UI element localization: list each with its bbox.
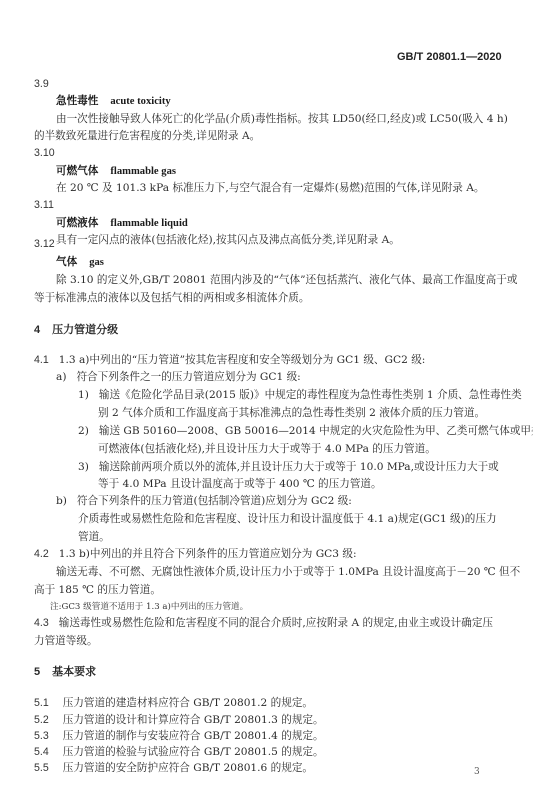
definition-text: 具有一定闪点的液体(包括液化烃),按其闪点及沸点高低分类,详见附录 A。 <box>56 233 400 247</box>
clause-5-4: 5.4压力管道的检验与试验应符合 GB/T 20801.5 的规定。 <box>34 745 324 759</box>
section-heading-4: 4压力管道分级 <box>34 323 118 337</box>
clause-5-5: 5.5压力管道的安全防护应符合 GB/T 20801.6 的规定。 <box>34 761 313 775</box>
clause-4-2: 4.21.3 b)中列出的并且符合下列条件的压力管道应划分为 GC3 级: <box>34 547 357 561</box>
clause-number: 3.11 <box>34 198 54 212</box>
clause-5-1: 5.1压力管道的建造材料应符合 GB/T 20801.2 的规定。 <box>34 696 313 710</box>
definition-text: 的半数致死量进行危害程度的分类,详见附录 A。 <box>34 129 260 143</box>
term-heading: 急性毒性acute toxicity <box>56 94 171 109</box>
section-title: 基本要求 <box>52 666 96 678</box>
clause-4-2-text: 高于 185 ℃ 的压力管道。 <box>34 583 161 597</box>
term-heading: 气体gas <box>56 255 104 270</box>
term-zh: 可燃液体 <box>56 217 98 229</box>
definition-text: 除 3.10 的定义外,GB/T 20801 范围内涉及的“气体”还包括蒸汽、液… <box>56 273 517 287</box>
clause-4-3: 4.3输送毒性或易燃性危险和危害程度不同的混合介质时,应按附录 A 的规定,由业… <box>34 616 493 630</box>
definition-text: 等于标准沸点的液体以及包括气相的两相或多相流体介质。 <box>34 291 309 305</box>
definition-text: 由一次性接触导致人体死亡的化学品(介质)毒性指标。按其 LD50(经口,经皮)或… <box>56 112 508 126</box>
sub-item-2-cont: 可燃液体(包括液化烃),并且设计压力大于或等于 4.0 MPa 的压力管道。 <box>98 442 436 456</box>
sub-item-3: 3)输送除前两项介质以外的流体,并且设计压力大于或等于 10.0 MPa,或设计… <box>78 460 499 474</box>
section-heading-5: 5基本要求 <box>34 665 96 679</box>
term-en: acute toxicity <box>110 96 170 107</box>
clause-5-3: 5.3压力管道的制作与安装应符合 GB/T 20801.4 的规定。 <box>34 729 324 743</box>
sub-item-2: 2)输送 GB 50160—2008、GB 50016—2014 中规定的火灾危… <box>78 424 533 438</box>
clause-5-2: 5.2压力管道的设计和计算应符合 GB/T 20801.3 的规定。 <box>34 713 324 727</box>
clause-4-1: 4.11.3 a)中列出的“压力管道”按其危害程度和安全等级划分为 GC1 级、… <box>34 353 425 367</box>
definition-text: 在 20 ℃ 及 101.3 kPa 标准压力下,与空气混合有一定爆炸(易燃)范… <box>56 181 485 195</box>
term-zh: 气体 <box>56 256 77 268</box>
list-item-a: a)符合下列条件之一的压力管道应划分为 GC1 级: <box>56 370 301 384</box>
sub-item-3-cont: 等于 4.0 MPa 且设计温度高于或等于 400 ℃ 的压力管道。 <box>98 477 382 491</box>
list-item-b-text: 介质毒性或易燃性危险和危害程度、设计压力和设计温度低于 4.1 a)规定(GC1… <box>78 512 497 526</box>
list-item-b: b)符合下列条件的压力管道(包括制冷管道)应划分为 GC2 级: <box>56 494 352 508</box>
term-heading: 可燃液体flammable liquid <box>56 216 188 231</box>
clause-number: 3.9 <box>34 77 49 91</box>
clause-number: 3.10 <box>34 146 55 160</box>
term-en: flammable liquid <box>110 218 187 229</box>
term-zh: 可燃气体 <box>56 165 98 177</box>
sub-item-1-cont: 别 2 气体介质和工作温度高于其标准沸点的急性毒性类别 2 液体介质的压力管道。 <box>98 406 485 420</box>
clause-4-2-text: 输送无毒、不可燃、无腐蚀性液体介质,设计压力小于或等于 1.0MPa 且设计温度… <box>56 565 520 579</box>
note: 注:GC3 级管道不适用于 1.3 a)中列出的压力管道。 <box>50 600 248 614</box>
clause-4-3-cont: 力管道等级。 <box>34 634 98 648</box>
clause-number: 3.12 <box>34 237 55 251</box>
sub-item-1: 1)输送《危险化学品目录(2015 版)》中规定的毒性程度为急性毒性类别 1 介… <box>78 388 522 402</box>
section-title: 压力管道分级 <box>52 324 118 336</box>
term-en: flammable gas <box>110 166 176 177</box>
page-number: 3 <box>474 765 480 779</box>
term-zh: 急性毒性 <box>56 95 98 107</box>
standard-code: GB/T 20801.1—2020 <box>397 50 502 64</box>
term-heading: 可燃气体flammable gas <box>56 164 176 179</box>
list-item-b-text: 管道。 <box>78 530 110 544</box>
term-en: gas <box>89 257 104 268</box>
